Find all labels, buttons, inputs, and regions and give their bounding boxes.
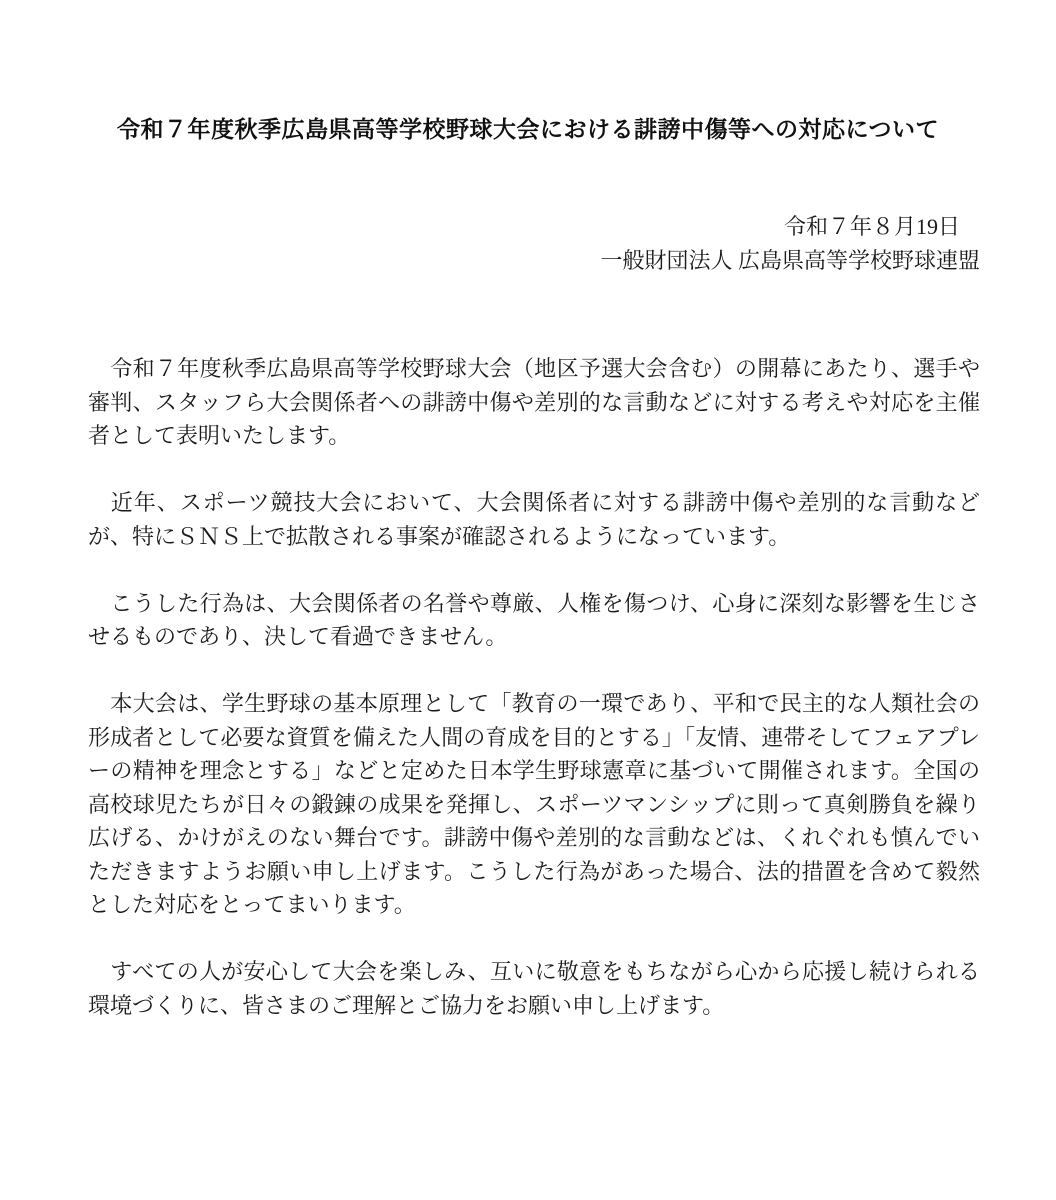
paragraph-closing-request: すべての人が安心して大会を楽しみ、互いに敬意をもちながら心から応援し続けられる環… — [88, 955, 980, 1022]
issuing-organization: 一般財団法人 広島県高等学校野球連盟 — [0, 244, 980, 278]
document-title: 令和７年度秋季広島県高等学校野球大会における誹謗中傷等への対応について — [0, 0, 1056, 146]
paragraph-harm-statement: こうした行為は、大会関係者の名誉や尊厳、人権を傷つけ、心身に深刻な影響を生じさせ… — [88, 587, 980, 654]
document-meta: 令和７年８月19日 一般財団法人 広島県高等学校野球連盟 — [0, 210, 1056, 278]
document-page: 令和７年度秋季広島県高等学校野球大会における誹謗中傷等への対応について 令和７年… — [0, 0, 1056, 1200]
document-body: 令和７年度秋季広島県高等学校野球大会（地区予選大会含む）の開幕にあたり、選手や審… — [0, 278, 1056, 1022]
paragraph-opening-statement: 令和７年度秋季広島県高等学校野球大会（地区予選大会含む）の開幕にあたり、選手や審… — [88, 352, 980, 453]
paragraph-charter-and-measures: 本大会は、学生野球の基本原理として「教育の一環であり、平和で民主的な人類社会の形… — [88, 687, 980, 922]
paragraph-recent-incidents: 近年、スポーツ競技大会において、大会関係者に対する誹謗中傷や差別的な言動などが、… — [88, 486, 980, 553]
document-date: 令和７年８月19日 — [0, 210, 980, 244]
